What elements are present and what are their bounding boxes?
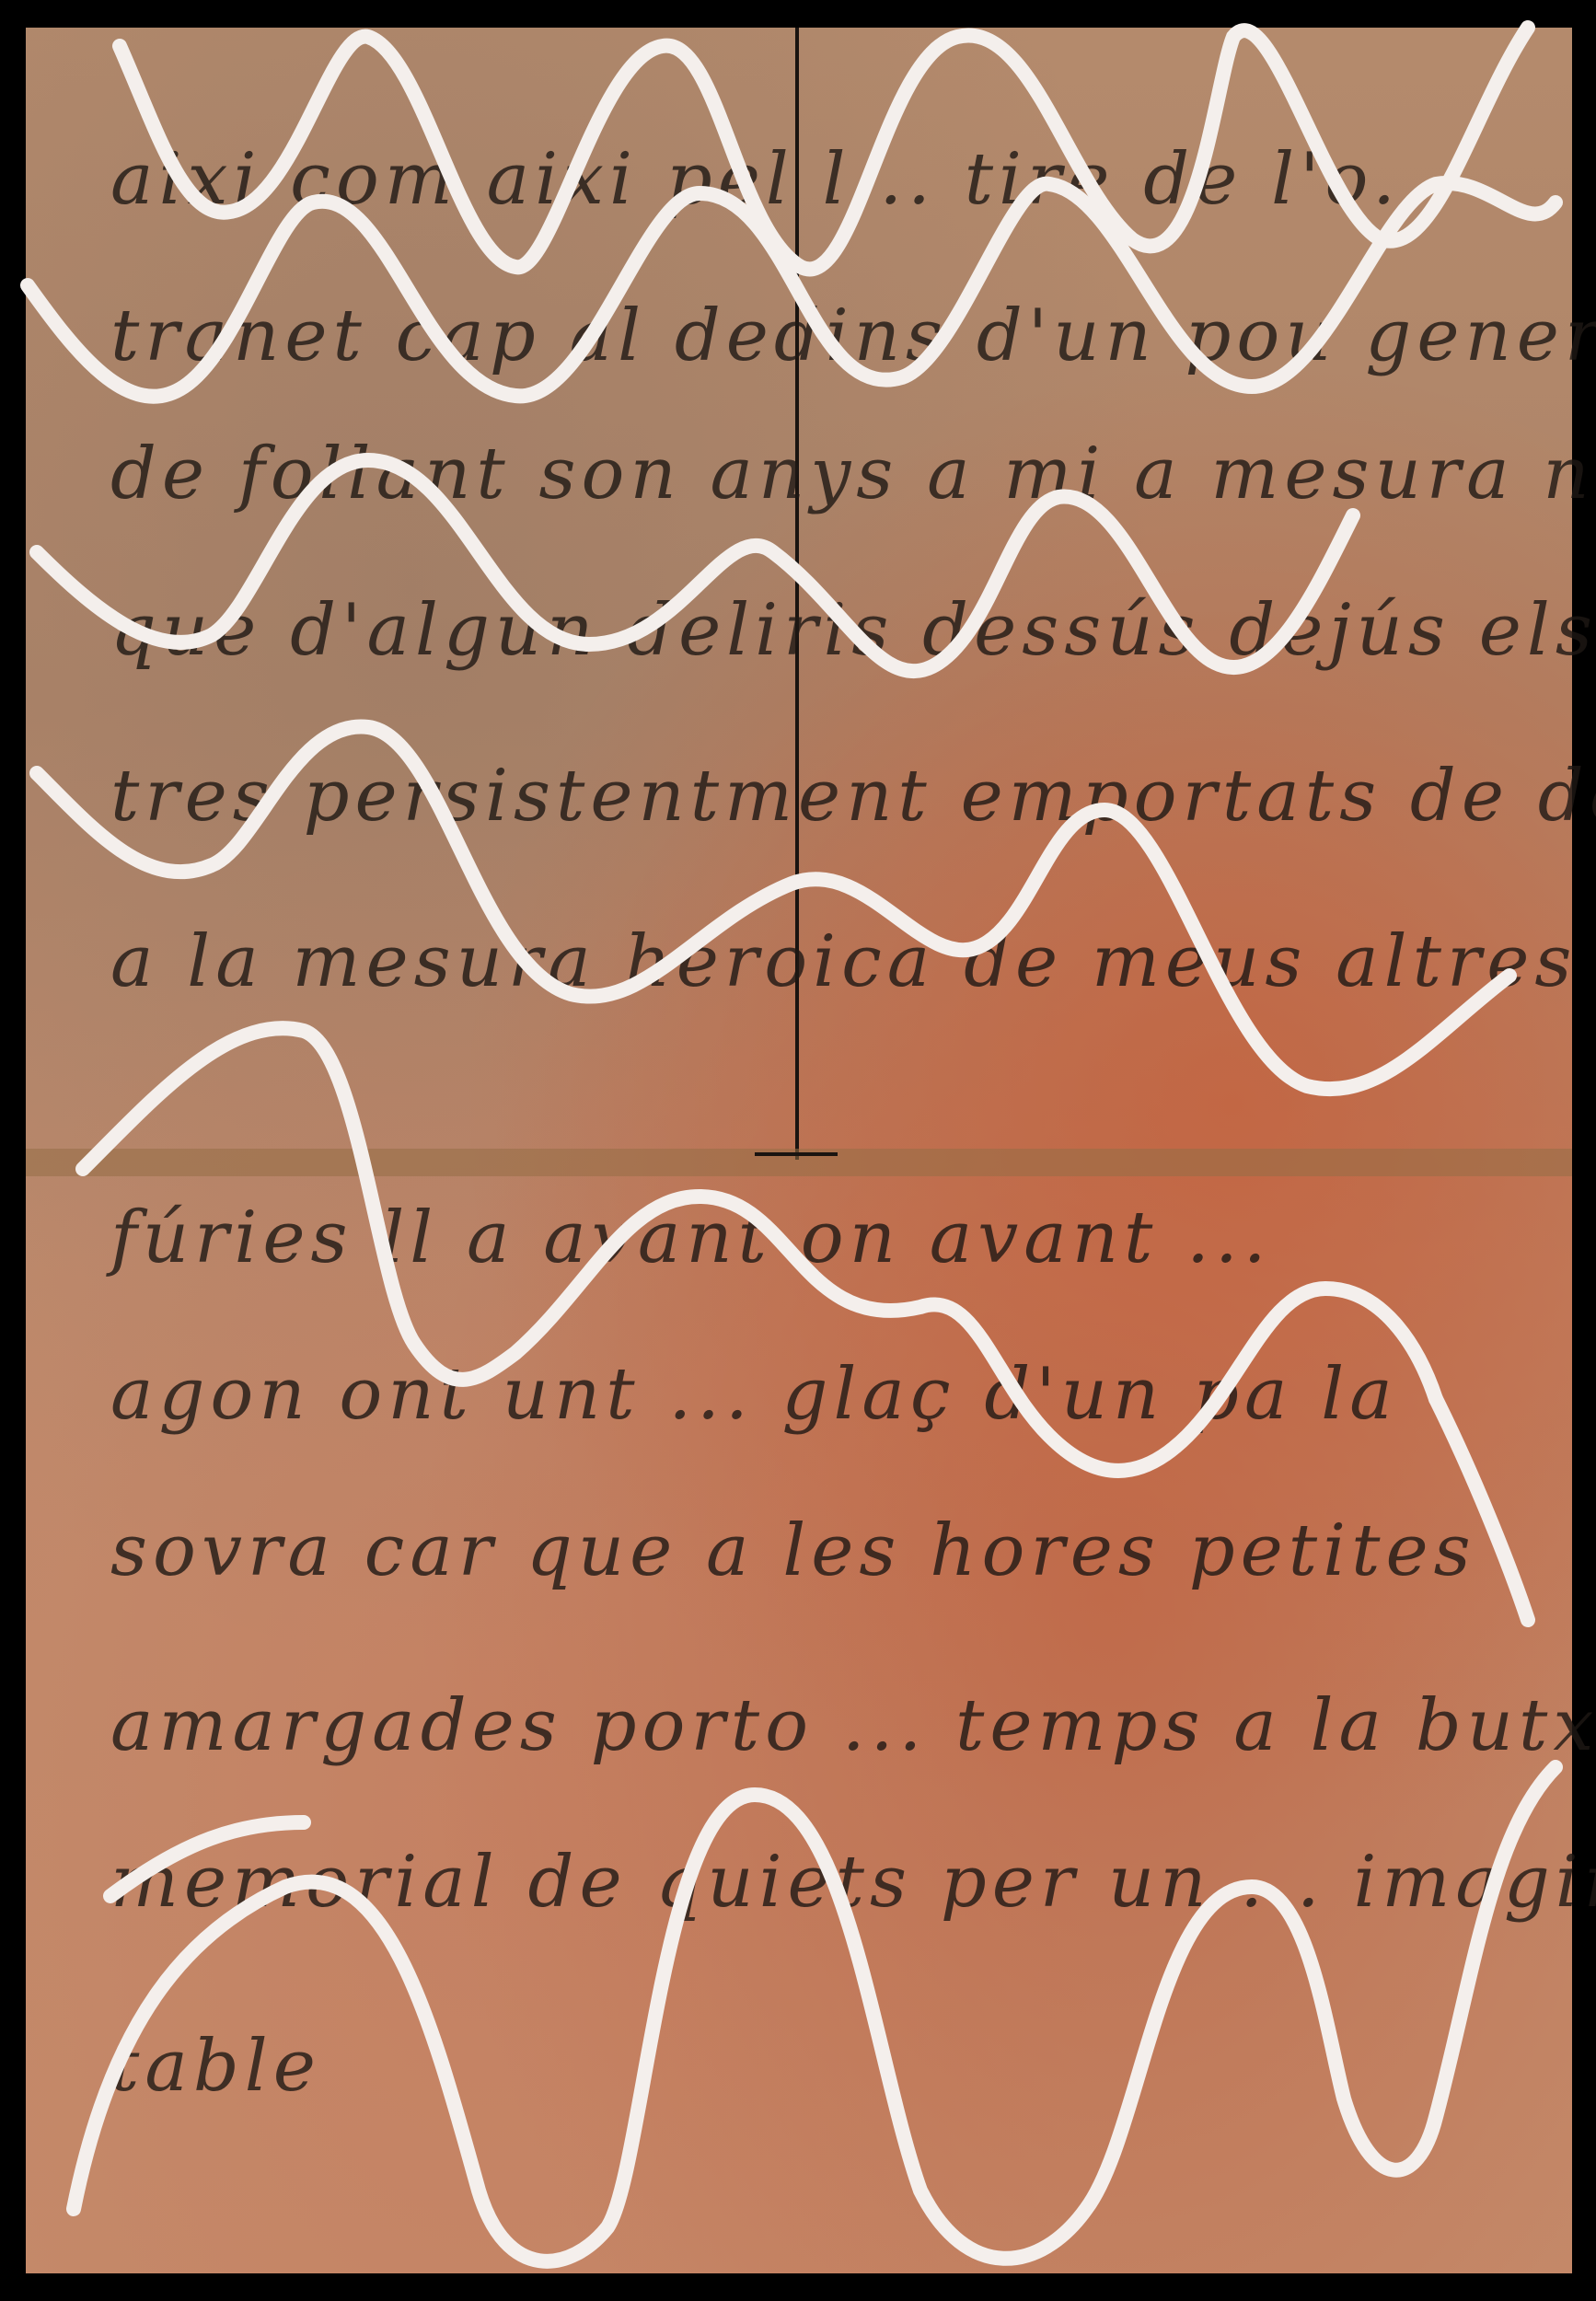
white-wave-strokes xyxy=(0,0,1596,2301)
